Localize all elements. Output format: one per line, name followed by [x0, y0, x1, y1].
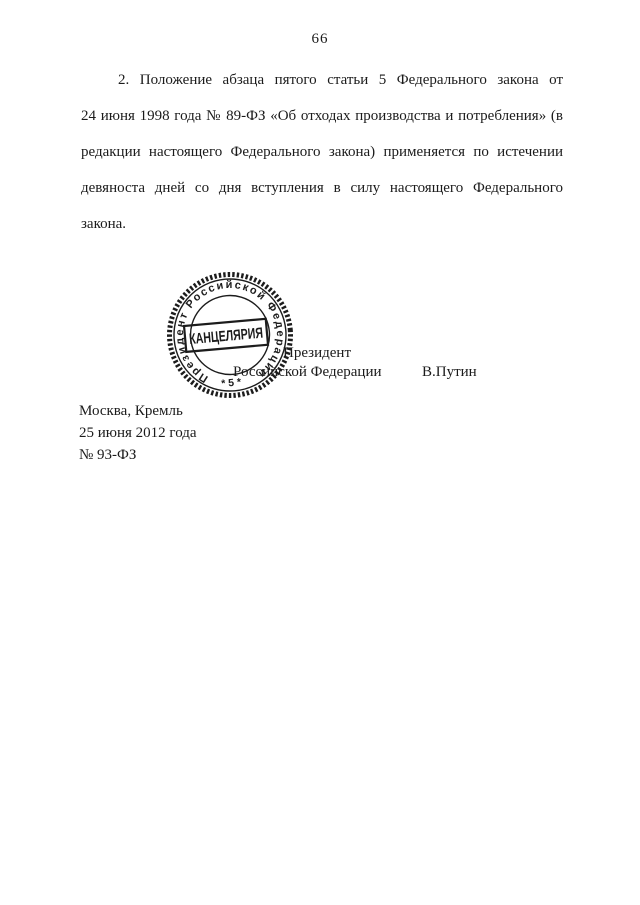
- issuance-date: 25 июня 2012 года: [79, 422, 197, 444]
- stamp-center-text: КАНЦЕЛЯРИЯ: [189, 325, 264, 348]
- law-number: № 93-ФЗ: [79, 444, 197, 466]
- body-paragraph: 2. Положение абзаца пятого статьи 5 Феде…: [81, 62, 563, 242]
- paragraph-line: закона.: [81, 206, 563, 242]
- issuance-block: Москва, Кремль 25 июня 2012 года № 93-ФЗ: [79, 400, 197, 466]
- paragraph-line: девяноста дней со дня вступления в силу …: [81, 170, 563, 206]
- page-number: 66: [0, 31, 640, 48]
- paragraph-line: 24 июня 1998 года № 89-ФЗ «Об отходах пр…: [81, 98, 563, 134]
- signatory-name: В.Путин: [422, 363, 477, 381]
- paragraph-line: 2. Положение абзаца пятого статьи 5 Феде…: [81, 62, 563, 98]
- paragraph-line: редакции настоящего Федерального закона)…: [81, 134, 563, 170]
- document-page: 66 2. Положение абзаца пятого статьи 5 Ф…: [0, 0, 640, 905]
- chancellery-stamp-icon: Президент Российской Федерации КАНЦЕЛЯРИ…: [160, 265, 300, 405]
- stamp-bottom-number: * 5 *: [221, 376, 243, 390]
